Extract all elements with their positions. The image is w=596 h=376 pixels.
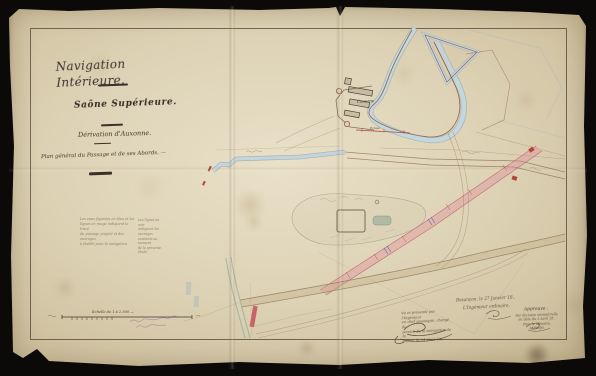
approval-body: Par décision ministérielle en date du 3 … bbox=[512, 312, 563, 331]
scan-background: Caserne Écluse bbox=[0, 0, 596, 376]
paper-stain bbox=[523, 344, 551, 366]
legend-note-col2: Les lignes en noir indiquent les ouvrage… bbox=[138, 218, 166, 255]
paper-stain bbox=[297, 340, 317, 356]
scale-label: Échelle de 1 à 2.500 — bbox=[92, 310, 134, 315]
legend-note-col1: Les eaux figurées en bleu et les lignes … bbox=[80, 217, 135, 247]
engineer-note: Vu et présenté par l'Ingénieur en chef s… bbox=[401, 309, 455, 344]
